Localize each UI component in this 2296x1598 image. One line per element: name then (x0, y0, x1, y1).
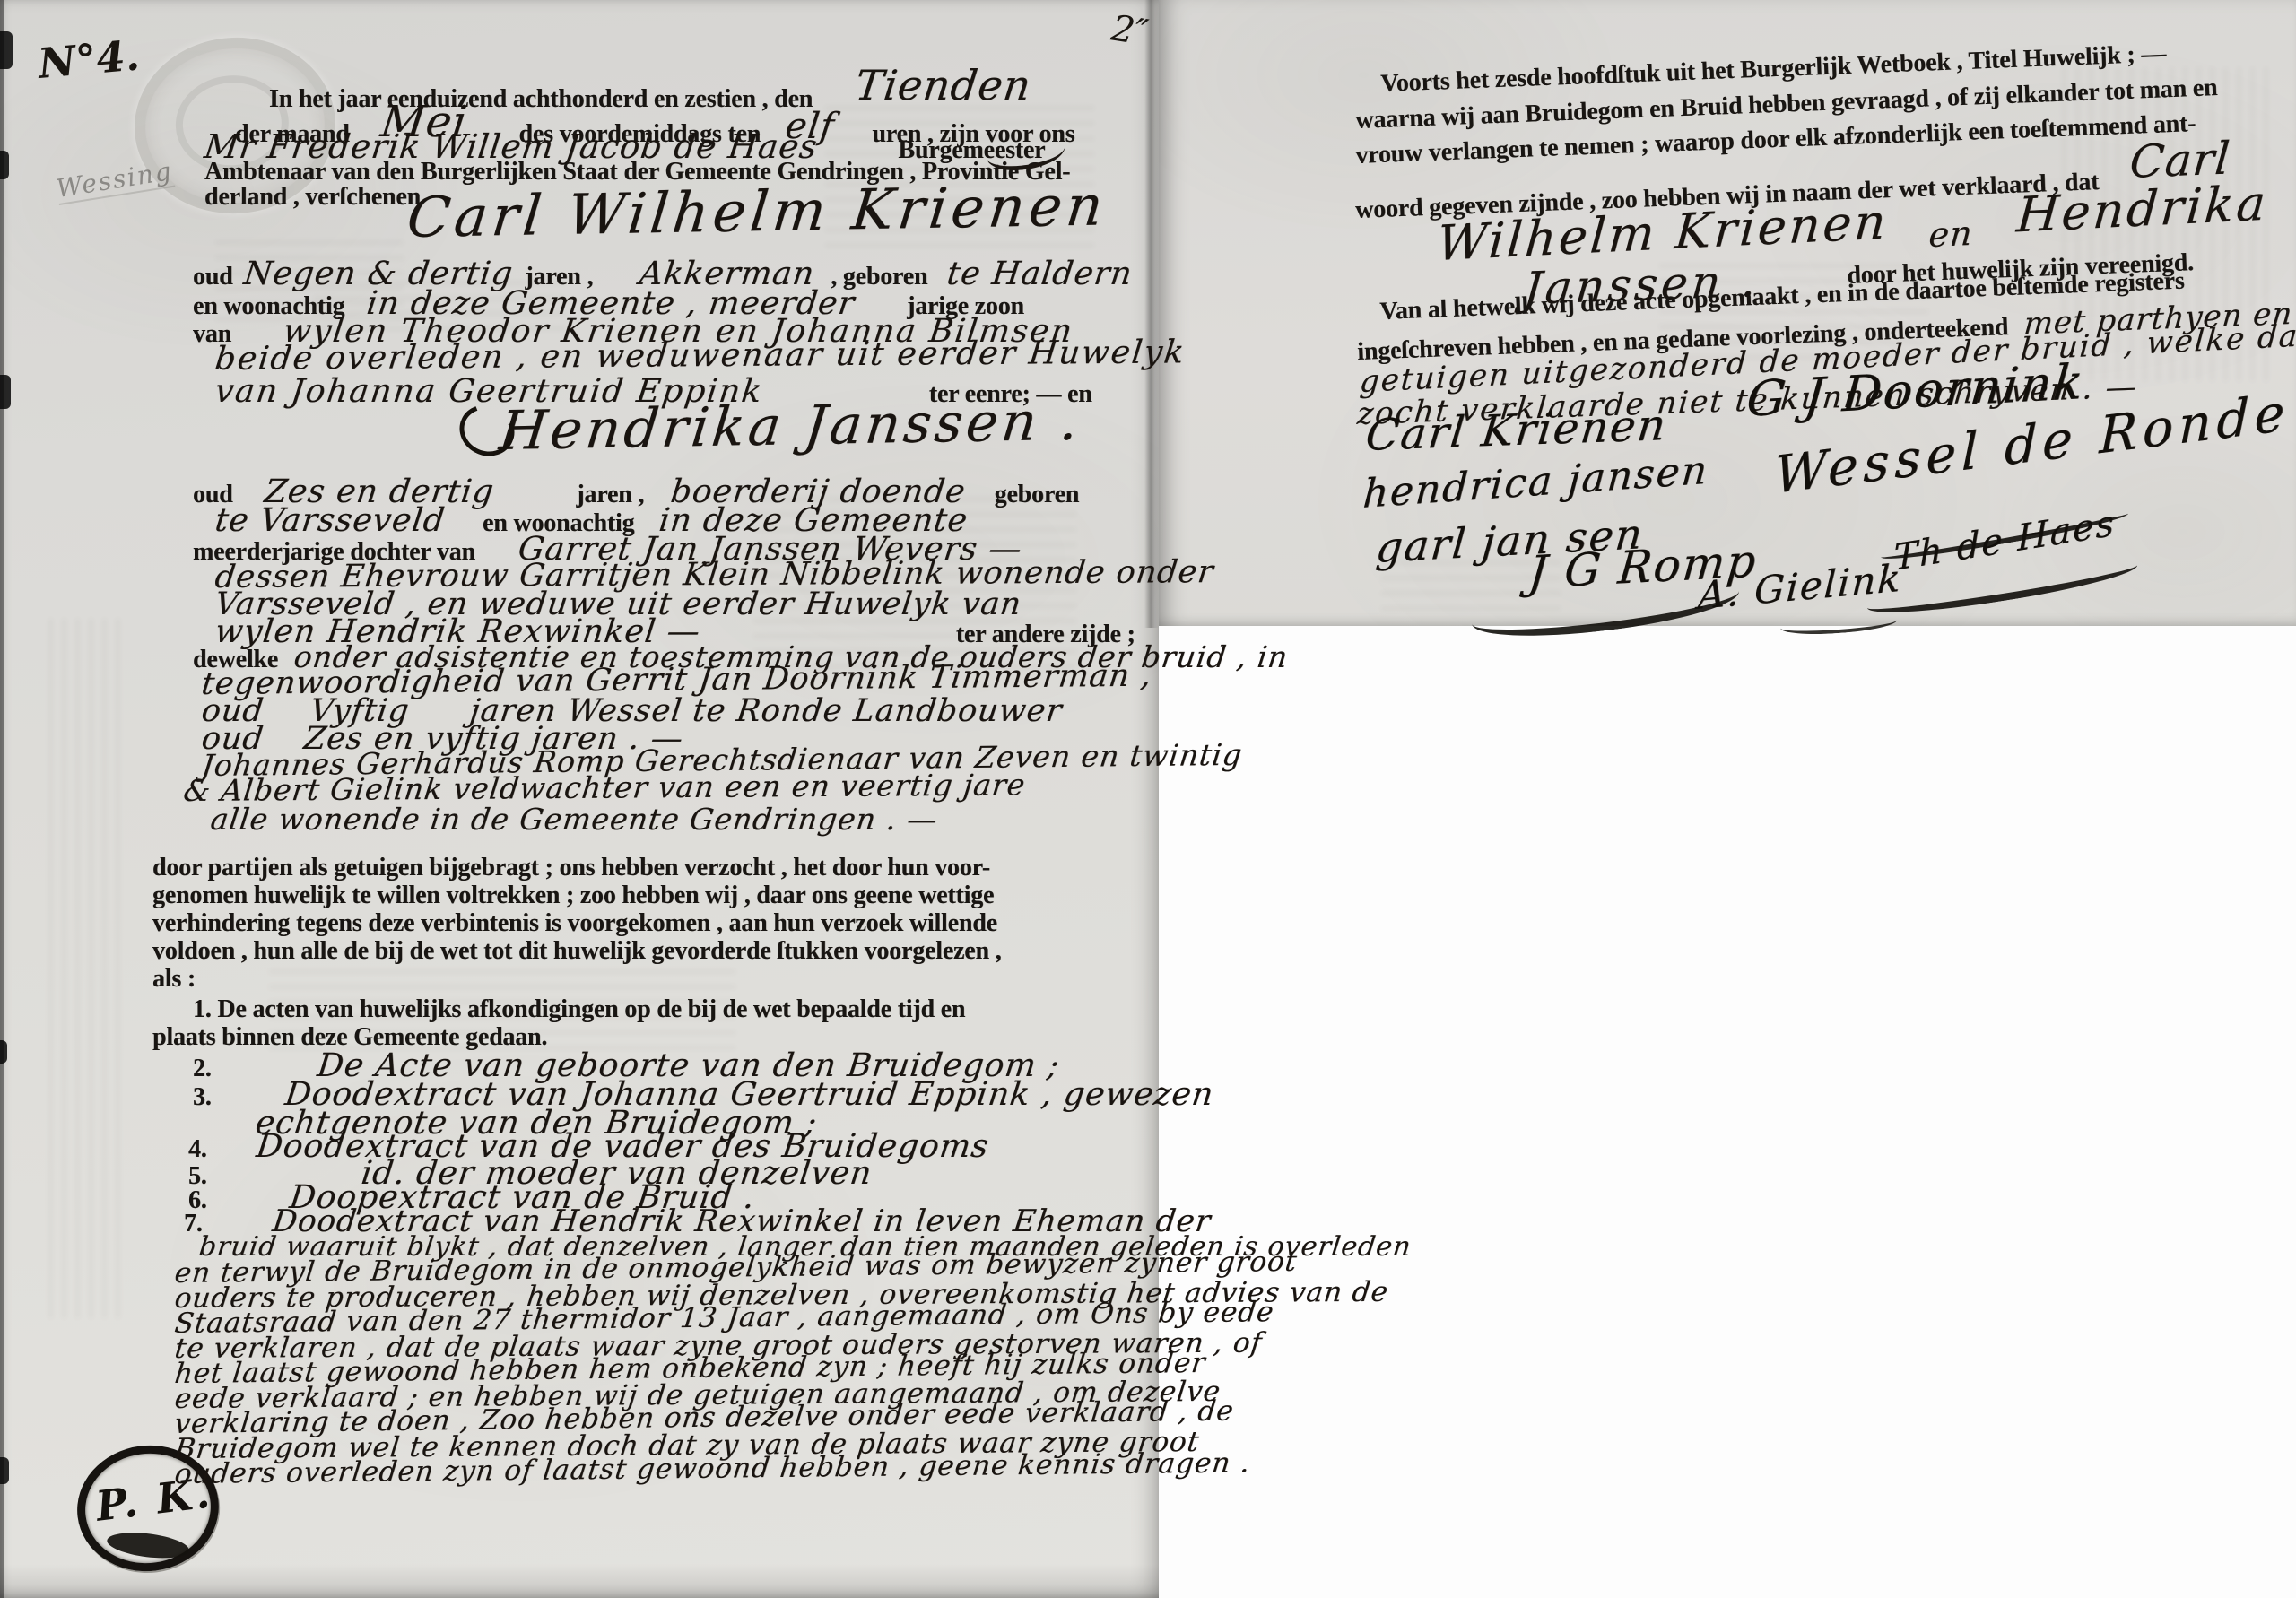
right-page (1159, 0, 2296, 626)
paper-edge-mark (0, 375, 11, 409)
folio-number: 2″ (1109, 8, 1151, 55)
paper-edge-mark (0, 151, 9, 179)
paper-crease (0, 1564, 1159, 1598)
scan-edge-strip (0, 0, 4, 1598)
notarial-stamp: P. K. (70, 1437, 226, 1579)
left-page: P. K. (0, 0, 1159, 1598)
gutter-shadow (1144, 0, 1159, 628)
document-number: N°4. (36, 30, 141, 88)
paper-edge-mark (0, 31, 13, 69)
paper-edge-mark (0, 1040, 7, 1064)
embossed-seal (128, 30, 341, 220)
scanned-document: P. K. N°4. 2″ Wessing In het jaar eendui… (0, 0, 2296, 1598)
paper-edge-mark (0, 1457, 9, 1484)
